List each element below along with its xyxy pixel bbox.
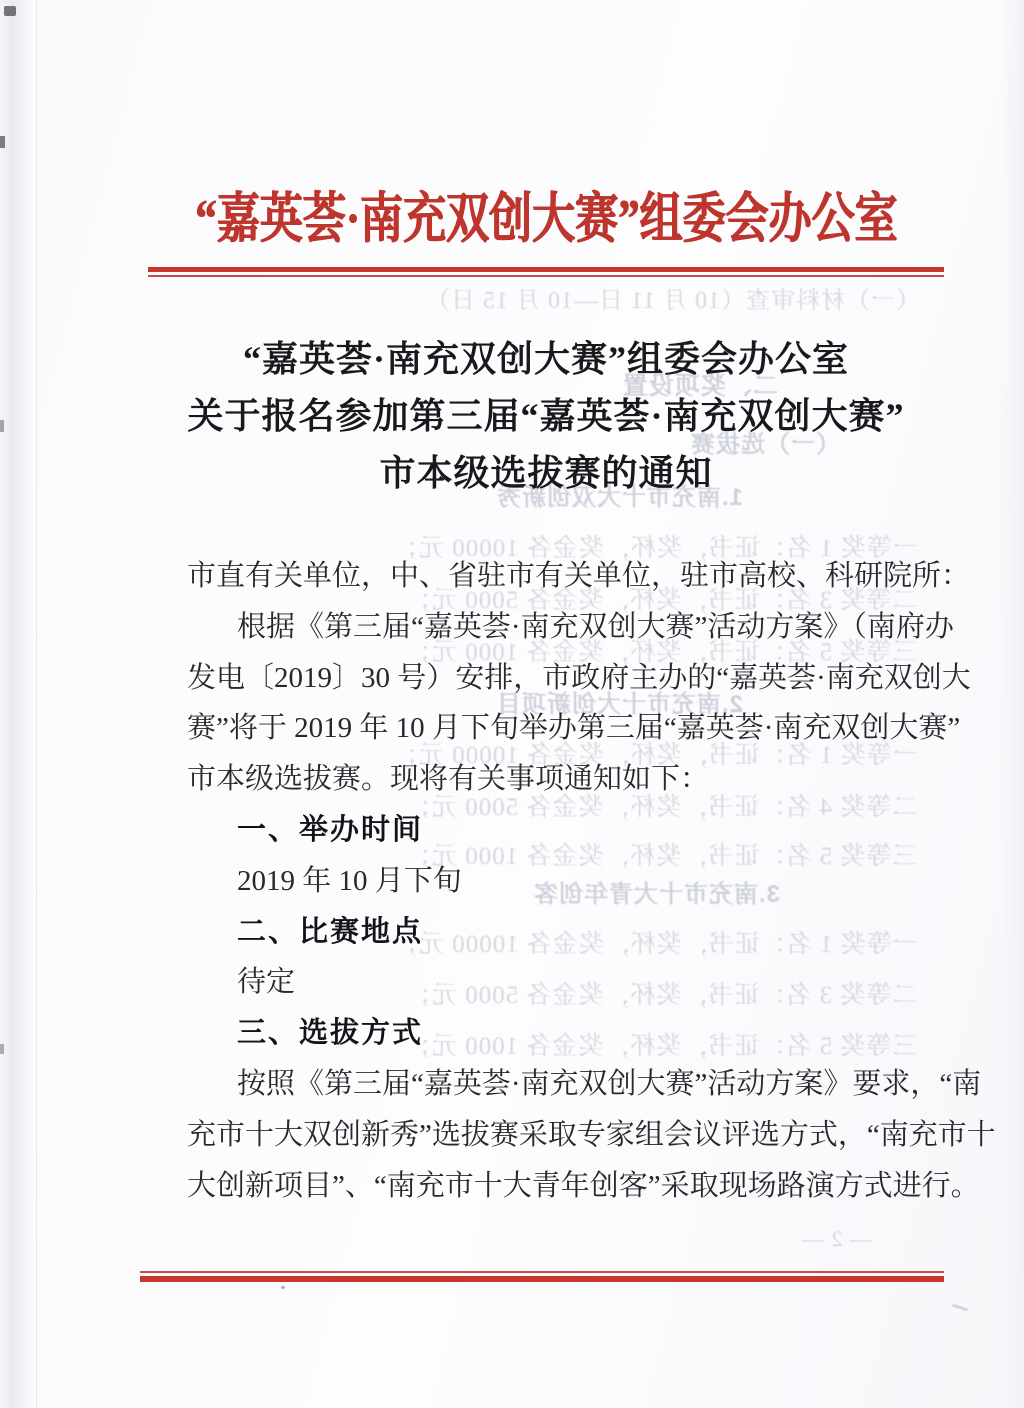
bleedthrough-text: （一）材料审查（10 月 11 日—10 月 15 日） bbox=[425, 280, 920, 315]
document-title: “嘉英荟·南充双创大赛”组委会办公室关于报名参加第三届“嘉英荟·南充双创大赛”市… bbox=[148, 331, 944, 502]
title-line: “嘉英荟·南充双创大赛”组委会办公室 bbox=[148, 331, 944, 388]
body-line: 2019 年 10 月下旬 bbox=[187, 856, 957, 907]
body-line: 根据《第三届“嘉英荟·南充双创大赛”活动方案》（南府办 bbox=[187, 602, 957, 653]
title-line: 市本级选拔赛的通知 bbox=[148, 445, 944, 502]
body-line: 市本级选拔赛。现将有关事项通知如下： bbox=[187, 754, 957, 805]
section-heading: 二、比赛地点 bbox=[187, 907, 957, 958]
body-line: 按照《第三届“嘉英荟·南充双创大赛”活动方案》要求，“南 bbox=[187, 1059, 957, 1110]
body-line: 发电〔2019〕30 号）安排，市政府主办的“嘉英荟·南充双创大 bbox=[187, 653, 957, 704]
document-body: 市直有关单位，中、省驻市有关单位，驻市高校、科研院所：根据《第三届“嘉英荟·南充… bbox=[187, 551, 957, 1211]
section-heading: 三、选拔方式 bbox=[187, 1008, 957, 1059]
body-line: 市直有关单位，中、省驻市有关单位，驻市高校、科研院所： bbox=[187, 551, 957, 602]
title-line: 关于报名参加第三届“嘉英荟·南充双创大赛” bbox=[148, 388, 944, 445]
scanned-notice-page: （一）材料审查（10 月 11 日—10 月 15 日）二、奖项设置（一）选拔赛… bbox=[0, 0, 1024, 1408]
body-line: 待定 bbox=[187, 957, 957, 1008]
body-line: 大创新项目”、“南充市十大青年创客”采取现场路演方式进行。 bbox=[187, 1161, 957, 1212]
body-line: 赛”将于 2019 年 10 月下旬举办第三届“嘉英荟·南充双创大赛” bbox=[187, 703, 957, 754]
bleedthrough-text: — 2 — bbox=[801, 1226, 872, 1252]
section-heading: 一、举办时间 bbox=[187, 805, 957, 856]
body-line: 充市十大双创新秀”选拔赛采取专家组会议评选方式，“南充市十 bbox=[187, 1110, 957, 1161]
